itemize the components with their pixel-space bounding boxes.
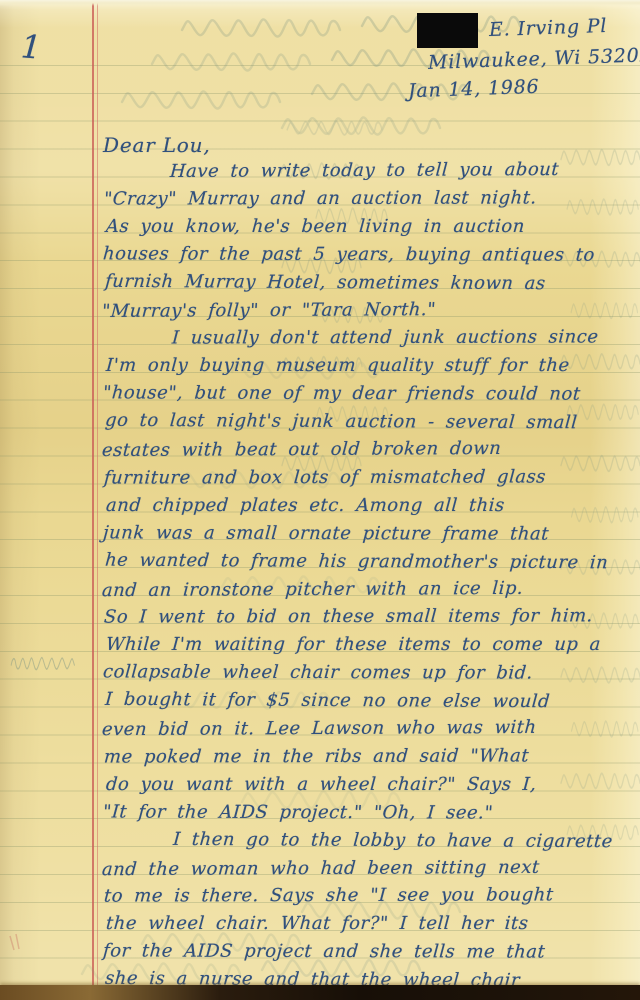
letter-line: and an ironstone pitcher with an ice lip… xyxy=(101,579,523,599)
scan-edge-bottom xyxy=(0,985,640,1000)
salutation: Dear Lou, xyxy=(103,133,210,157)
letter-line: So I went to bid on these small items fo… xyxy=(103,608,593,627)
letter-line: furnish Murray Hotel, sometimes known as xyxy=(104,272,546,292)
redaction-box xyxy=(417,13,478,48)
header-city: Milwaukee, Wi 53202 xyxy=(428,44,640,74)
letter-line: and chipped plates etc. Among all this xyxy=(105,497,505,515)
letter-line: As you know, he's been living in auction xyxy=(105,218,525,236)
letter-line: and the woman who had been sitting next xyxy=(101,858,540,878)
letter-line: for the AIDS project and she tells me th… xyxy=(102,943,545,962)
scan-edge-top xyxy=(0,0,640,6)
letter-line: I usually don't attend junk auctions sin… xyxy=(171,329,599,348)
letter-line: I'm only buying museum quality stuff for… xyxy=(105,357,570,375)
letter-line: he wanted to frame his grandmother's pic… xyxy=(104,551,608,572)
page-number: 1 xyxy=(20,27,43,66)
letter-line: estates with beat out old broken down xyxy=(101,440,502,460)
letter-line: go to last night's junk auction - severa… xyxy=(104,412,578,432)
margin-line xyxy=(92,0,94,986)
letter-line: I then go to the lobby to have a cigaret… xyxy=(172,830,613,850)
letter-line: I bought it for $5 since no one else wou… xyxy=(104,691,550,711)
letter-line: to me is there. Says she "I see you boug… xyxy=(103,887,554,906)
letter-line: "Murray's folly" or "Tara North." xyxy=(101,301,436,321)
letter-line: Have to write today to tell you about xyxy=(169,161,559,181)
letter-line: collapsable wheel chair comes up for bid… xyxy=(102,664,533,683)
letter-line: furniture and box lots of mismatched gla… xyxy=(103,468,546,487)
letter-line: do you want with a wheel chair?" Says I, xyxy=(105,776,537,794)
header-address: E. Irving Pl xyxy=(489,15,608,41)
letter-line: junk was a small ornate picture frame th… xyxy=(102,524,549,543)
letter-page: 1 E. Irving Pl Milwaukee, Wi 53202 Jan 1… xyxy=(0,0,640,1000)
letter-line: "Crazy" Murray and an auction last night… xyxy=(103,189,537,208)
margin-line xyxy=(97,0,99,986)
letter-line: While I'm waiting for these items to com… xyxy=(105,636,601,654)
letter-line: houses for the past 5 years, buying anti… xyxy=(102,245,595,264)
letter-line: "It for the AIDS project." "Oh, I see." xyxy=(102,803,493,822)
header-date: Jan 14, 1986 xyxy=(408,76,540,103)
letter-line: even bid on it. Lee Lawson who was with xyxy=(101,719,537,739)
letter-line: me poked me in the ribs and said "What xyxy=(103,747,529,766)
letter-line: "house", but one of my dear friends coul… xyxy=(102,385,581,404)
letter-line: the wheel chair. What for?" I tell her i… xyxy=(105,915,529,933)
